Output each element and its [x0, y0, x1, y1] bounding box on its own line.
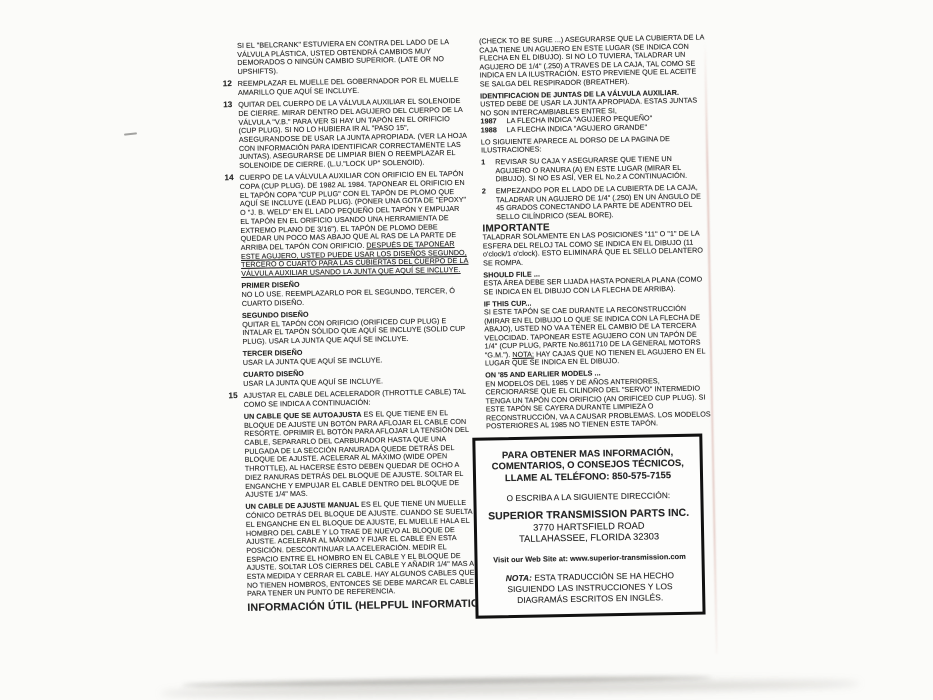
design-section-tercer: TERCER DISEÑO USAR LA JUNTA QUE AQUÍ SE … — [243, 346, 471, 368]
address-line-2: TALLAHASSEE, FLORIDA 32303 — [519, 532, 659, 545]
item-number: 15 — [228, 392, 243, 410]
cable-auto-paragraph: UN CABLE QUE SE AUTOAJUSTA ES EL QUE TIE… — [244, 409, 474, 500]
item-number: 12 — [223, 80, 238, 98]
importante-section: IMPORTANTE TALADRAR SOLAMENTE EN LAS POS… — [482, 221, 709, 268]
check-paragraph: (CHECK TO BE SURE ...) ASEGURARSE QUE LA… — [479, 33, 706, 88]
item-number: 13 — [223, 101, 239, 171]
translation-note: NOTA: ESTA TRADUCCIÓN SE HA HECHO SIGUIE… — [484, 570, 697, 606]
list-item-12: 12 REEMPLAZAR EL MUELLE DEL GOBERNADOR P… — [238, 76, 466, 98]
scan-artifact-dash — [124, 132, 137, 135]
website-line: Visit our Web Site at: www.superior-tran… — [483, 553, 695, 565]
dorso-paragraph: LO SIGUIENTE APARECE AL DORSO DE LA PAGI… — [481, 134, 707, 155]
company-address: 3770 HARTSFIELD ROADTALLAHASSEE, FLORIDA… — [483, 520, 695, 547]
item-text: CUERPO DE LA VÁLVULA AUXILIAR CON ORIFIC… — [239, 170, 469, 279]
address-line-1: 3770 HARTSFIELD ROAD — [533, 521, 645, 533]
document-content: SI EL "BELCRANK" ESTUVIERA EN CONTRA DEL… — [237, 33, 724, 623]
paragraph-text: ES EL QUE TIENE EN EL BLOQUE DE AJUSTE U… — [244, 408, 469, 499]
list-item-13: 13 QUITAR DEL CUERPO DE LA VÁLVULA AUXIL… — [238, 97, 467, 171]
list-item-15: 15 AJUSTAR EL CABLE DEL ACELERADOR (THRO… — [243, 388, 471, 410]
contact-write-line: O ESCRIBA A LA SIGUIENTE DIRECCIÓN: — [482, 491, 694, 503]
list-item-14: 14 CUERPO DE LA VÁLVULA AUXILIAR CON ORI… — [239, 170, 469, 279]
section-body: SI ESTE TAPÓN SE CAE DURANTE LA RECONSTR… — [484, 304, 711, 368]
step-text: REVISAR SU CAJA Y ASEGURARSE QUE TIENE U… — [495, 154, 707, 183]
cable-manual-paragraph: UN CABLE DE AJUSTE MANUAL ES EL QUE TIEN… — [245, 499, 475, 599]
scanned-page: SI EL "BELCRANK" ESTUVIERA EN CONTRA DEL… — [0, 0, 933, 700]
section-body: EN MODELOS DEL 1985 Y DE AÑOS ANTERIORES… — [485, 376, 712, 431]
left-column: SI EL "BELCRANK" ESTUVIERA EN CONTRA DEL… — [237, 38, 476, 623]
two-column-layout: SI EL "BELCRANK" ESTUVIERA EN CONTRA DEL… — [237, 33, 724, 623]
should-file-section: SHOULD FILE ... ESTA ÁREA DEBE SER LIJAD… — [483, 267, 709, 297]
year-text: LA FLECHA INDICA "AGUJERO GRANDE" — [507, 123, 648, 134]
item-text: AJUSTAR EL CABLE DEL ACELERADOR (THROTTL… — [243, 388, 471, 410]
contact-info-box: PARA OBTENER MAS INFORMACIÓN, COMENTARIO… — [472, 433, 705, 619]
step-1: 1 REVISAR SU CAJA Y ASEGURARSE QUE TIENE… — [481, 154, 707, 184]
intro-paragraph: SI EL "BELCRANK" ESTUVIERA EN CONTRA DEL… — [237, 38, 466, 77]
early-models-section: ON '85 AND EARLIER MODELS ... EN MODELOS… — [485, 367, 712, 431]
design-body: USAR LA JUNTA QUE AQUÍ SE INCLUYE. — [243, 355, 471, 368]
gasket-identification-section: IDENTIFICACION DE JUNTAS DE LA VÁLVULA A… — [480, 88, 707, 135]
step-text: EMPEZANDO POR EL LADO DE LA CUBIERTA DE … — [496, 183, 709, 221]
design-section-cuarto: CUARTO DISEÑO USAR LA JUNTA QUE AQUÍ SE … — [243, 367, 471, 389]
step-number: 1 — [481, 158, 495, 184]
nota-label: NOTA: — [506, 573, 532, 583]
nota-text: ESTA TRADUCCIÓN SE HA HECHO SIGUIENDO LA… — [507, 570, 674, 604]
item-text: QUITAR DEL CUERPO DE LA VÁLVULA AUXILIAR… — [238, 97, 467, 171]
design-section-primer: PRIMER DISEÑO NO LO USE. REEMPLAZARLO PO… — [241, 278, 469, 308]
section-body: ESTA ÁREA DEBE SER LIJADA HASTA PONERLA … — [483, 275, 709, 296]
design-body: QUITAR EL TAPÓN CON ORIFICIO (ORIFICED C… — [242, 316, 470, 346]
right-column: (CHECK TO BE SURE ...) ASEGURARSE QUE LA… — [479, 33, 716, 618]
design-section-segundo: SEGUNDO DISEÑO QUITAR EL TAPÓN CON ORIFI… — [242, 308, 471, 347]
contact-phone-text: PARA OBTENER MAS INFORMACIÓN, COMENTARIO… — [482, 445, 695, 484]
importante-body: TALADRAR SOLAMENTE EN LAS POSICIONES "11… — [483, 229, 710, 267]
year-label: 1988 — [481, 126, 507, 135]
helpful-information-heading: INFORMACIÓN ÚTIL (HELPFUL INFORMATION) — [247, 600, 475, 613]
step-number: 2 — [482, 187, 497, 221]
step-2: 2 EMPEZANDO POR EL LADO DE LA CUBIERTA D… — [482, 183, 709, 221]
design-body: NO LO USE. REEMPLAZARLO POR EL SEGUNDO, … — [242, 287, 470, 309]
if-this-cup-section: IF THIS CUP... SI ESTE TAPÓN SE CAE DURA… — [484, 296, 711, 368]
paragraph-text: ES EL QUE TIENE UN MUELLE CÓNICO DETRÁS … — [246, 498, 475, 598]
item-text: REEMPLAZAR EL MUELLE DEL GOBERNADOR POR … — [238, 76, 466, 98]
